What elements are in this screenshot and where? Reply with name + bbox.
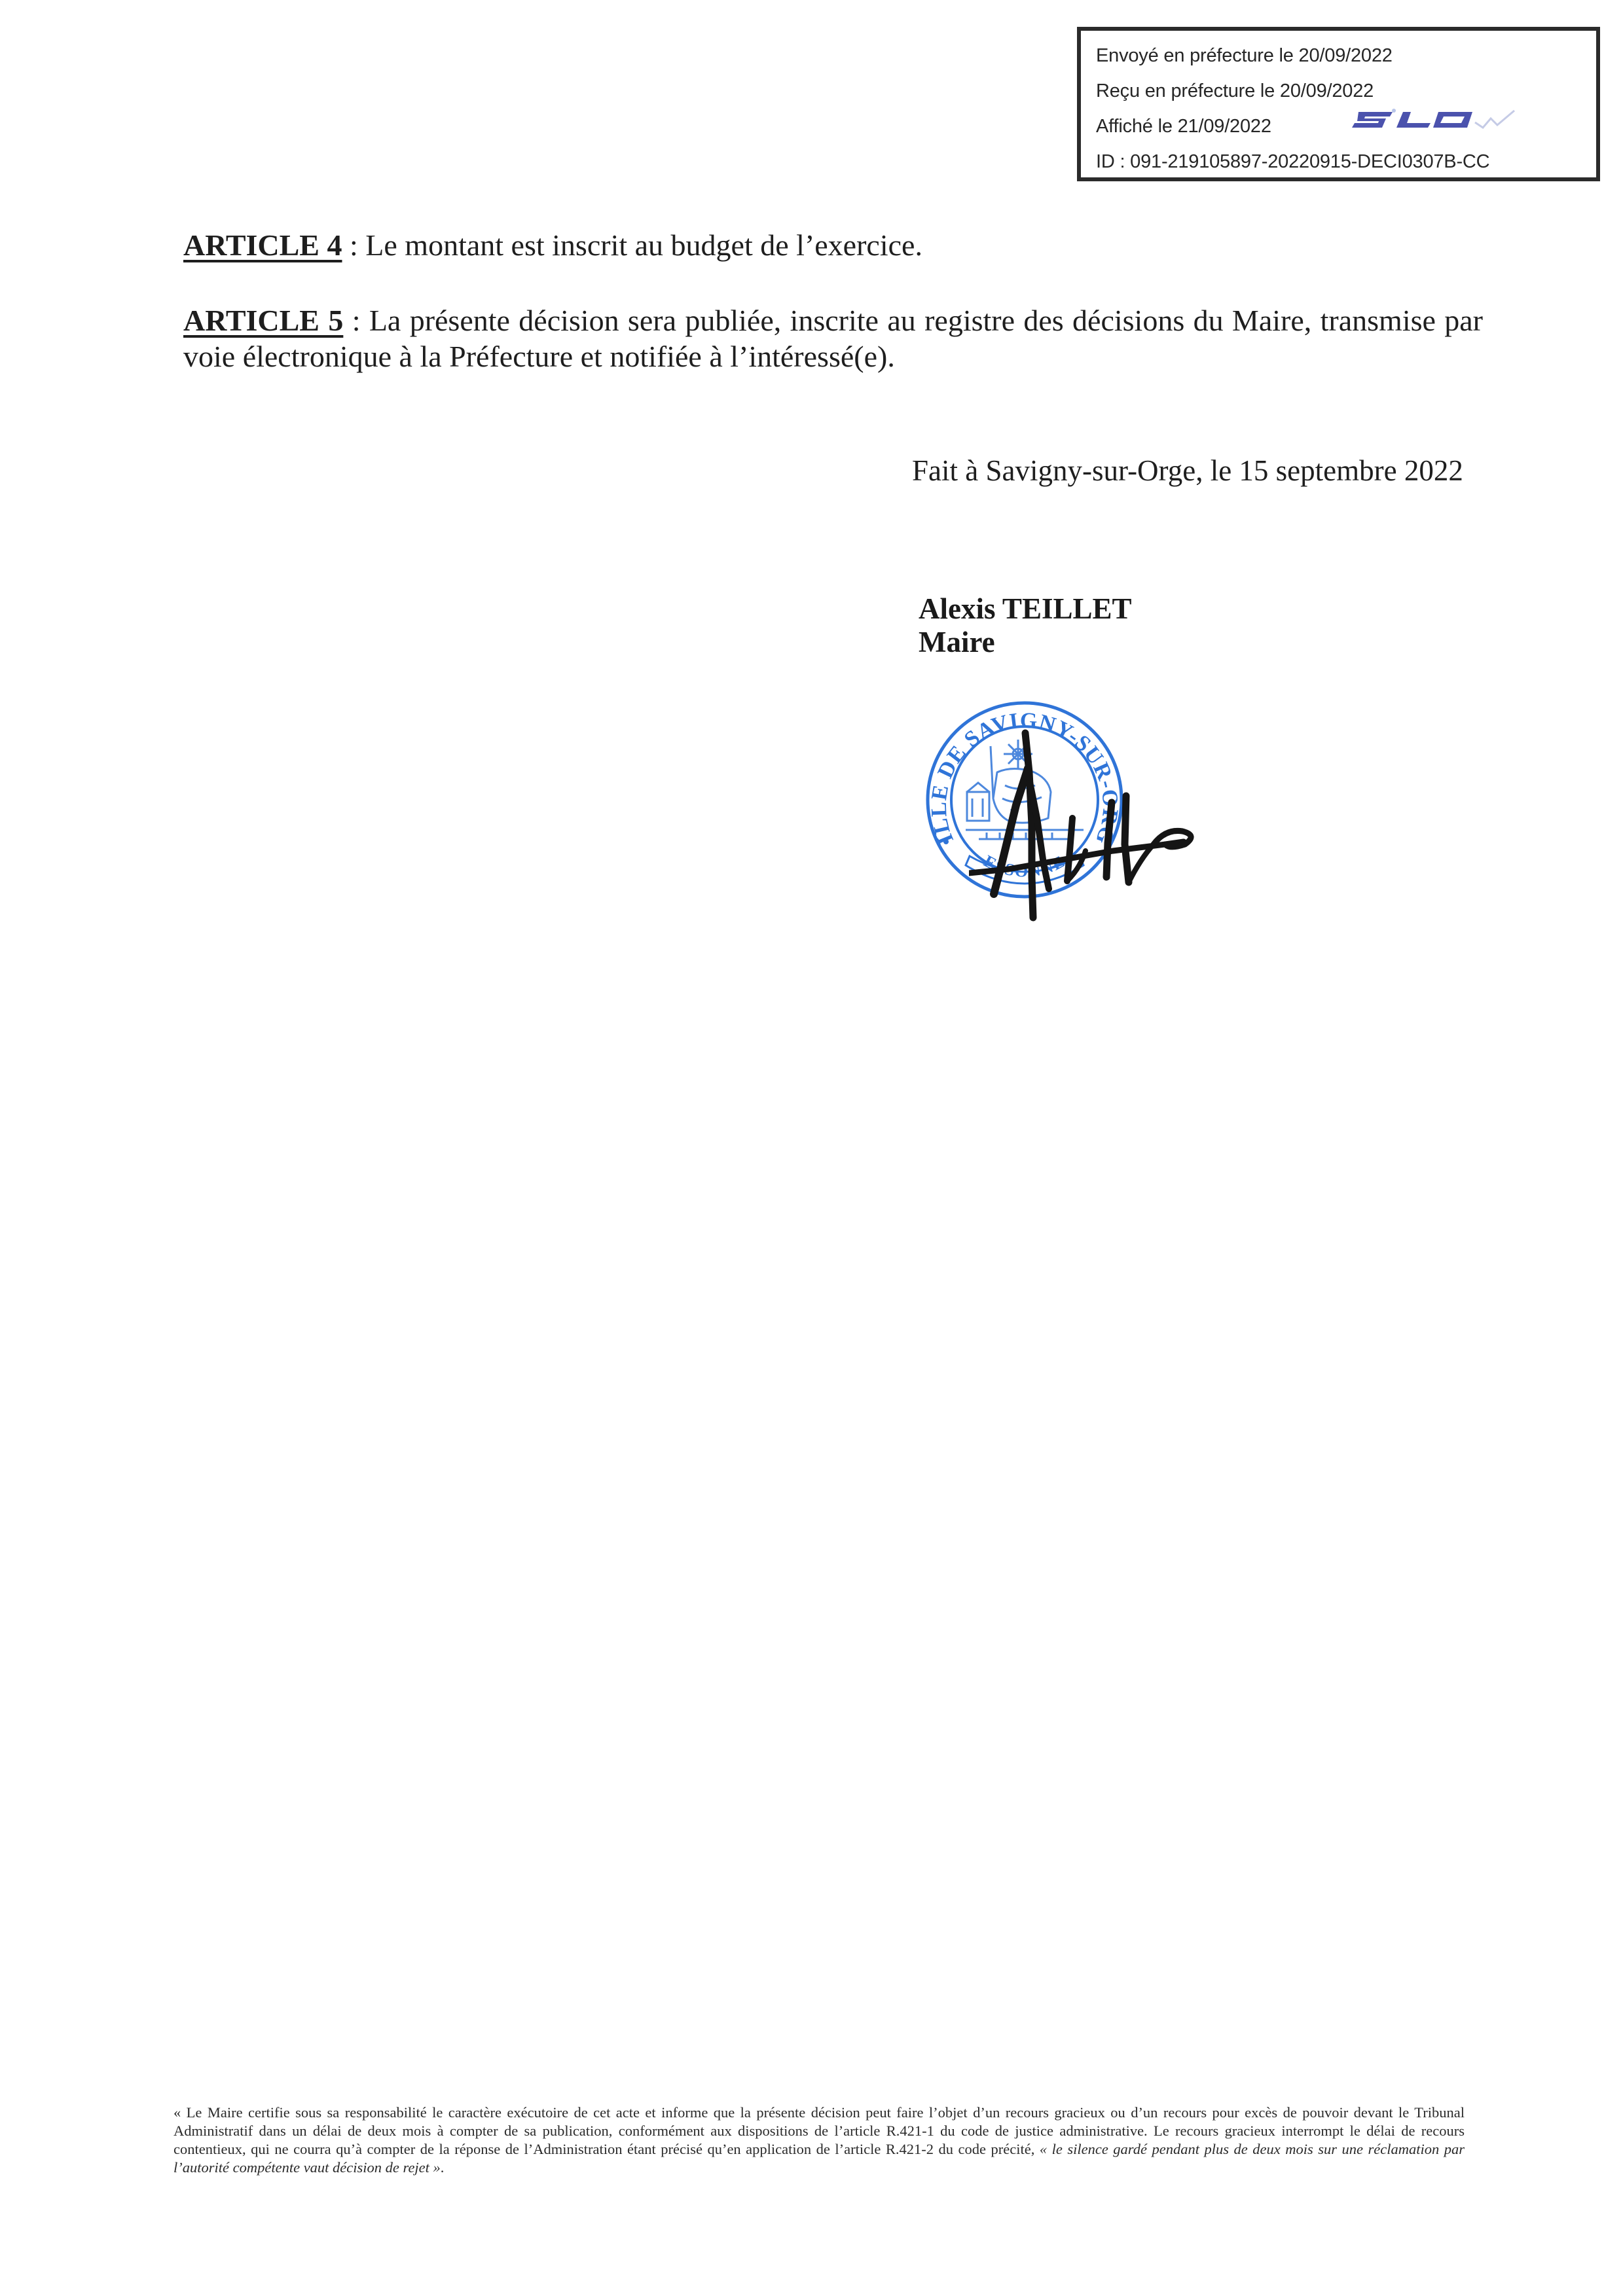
article-4-text: Le montant est inscrit au budget de l’ex… [365, 228, 922, 262]
handwritten-signature-icon [969, 720, 1231, 929]
article-5-label: ARTICLE 5 [183, 304, 343, 337]
document-page: Envoyé en préfecture le 20/09/2022 Reçu … [0, 0, 1623, 2296]
article-5-text: La présente décision sera publiée, inscr… [183, 304, 1483, 373]
legal-notice-end: . [441, 2159, 445, 2176]
stamp-sent-date: Envoyé en préfecture le 20/09/2022 [1096, 46, 1393, 65]
slow-logo-icon [1352, 108, 1516, 132]
article-4-label: ARTICLE 4 [183, 228, 342, 262]
stamp-received-date: Reçu en préfecture le 20/09/2022 [1096, 82, 1374, 101]
prefecture-stamp: Envoyé en préfecture le 20/09/2022 Reçu … [1077, 27, 1600, 181]
signatory-title: Maire [919, 626, 995, 658]
article-5: ARTICLE 5 : La présente décision sera pu… [183, 302, 1483, 374]
signatory-name: Alexis TEILLET [919, 592, 1132, 625]
stamp-act-id: ID : 091-219105897-20220915-DECI0307B-CC [1096, 152, 1489, 171]
article-4-separator: : [342, 228, 366, 262]
legal-notice: « Le Maire certifie sous sa responsabili… [173, 2104, 1465, 2177]
article-5-separator: : [343, 304, 369, 337]
place-and-date: Fait à Savigny-sur-Orge, le 15 septembre… [912, 454, 1463, 487]
stamp-posted-date: Affiché le 21/09/2022 [1096, 117, 1271, 136]
article-4: ARTICLE 4 : Le montant est inscrit au bu… [183, 227, 1483, 263]
